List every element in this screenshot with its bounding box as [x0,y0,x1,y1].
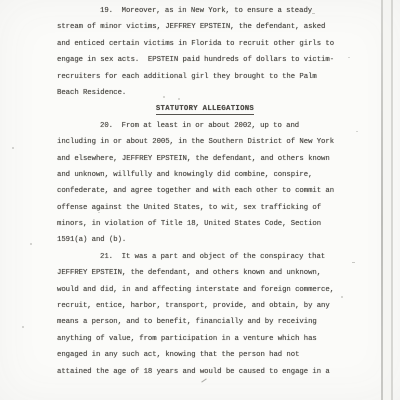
scan-speck [352,262,355,263]
section-heading: STATUTORY ALLEGATIONS [57,101,339,117]
section-heading-text: STATUTORY ALLEGATIONS [156,105,254,115]
scan-speck [341,296,343,298]
scan-speck [12,147,14,149]
text-line: recruiters for each additional girl they… [57,69,339,85]
text-line: 20. From at least in or about 2002, up t… [57,118,339,134]
document-lines: 19. Moreover, as in New York, to ensure … [57,3,339,380]
scan-speck [136,369,138,371]
text-line: 1591(a) and (b). [57,232,339,248]
text-line: JEFFREY EPSTEIN, the defendant, and othe… [57,265,339,281]
scan-speck [22,326,24,328]
scan-speck [98,212,100,213]
scan-speck [356,131,358,132]
text-line: minors, in violation of Title 18, United… [57,216,339,232]
scan-speck [30,243,32,245]
scan-speck [312,13,315,14]
scan-speck [163,96,165,98]
text-line: confederate, and agree together and with… [57,183,339,199]
text-line: 21. It was a part and object of the cons… [57,249,339,265]
scanned-document-page: 19. Moreover, as in New York, to ensure … [0,0,400,400]
text-line: offense against the United States, to wi… [57,200,339,216]
text-line: attained the age of 18 years and would b… [57,364,339,380]
text-line: recruit, entice, harbor, transport, prov… [57,298,339,314]
text-line: would and did, in and affecting intersta… [57,282,339,298]
text-line: and unknown, willfully and knowingly did… [57,167,339,183]
page-edge-line-outer [391,0,393,400]
text-line: means a person, and to benefit, financia… [57,314,339,330]
text-line: 19. Moreover, as in New York, to ensure … [57,3,339,19]
page-edge-line-inner [381,0,383,400]
scan-speck [178,98,180,100]
text-line: stream of minor victims, JEFFREY EPSTEIN… [57,19,339,35]
text-line: and elsewhere, JEFFREY EPSTEIN, the defe… [57,151,339,167]
text-line: anything of value, from participation in… [57,331,339,347]
text-line: engaged in any such act, knowing that th… [57,347,339,363]
text-line: engage in sex acts. EPSTEIN paid hundred… [57,52,339,68]
scan-speck [348,57,350,58]
text-line: including in or about 2005, in the South… [57,134,339,150]
text-line: and enticed certain victims in Florida t… [57,36,339,52]
text-line: Beach Residence. [57,85,339,101]
